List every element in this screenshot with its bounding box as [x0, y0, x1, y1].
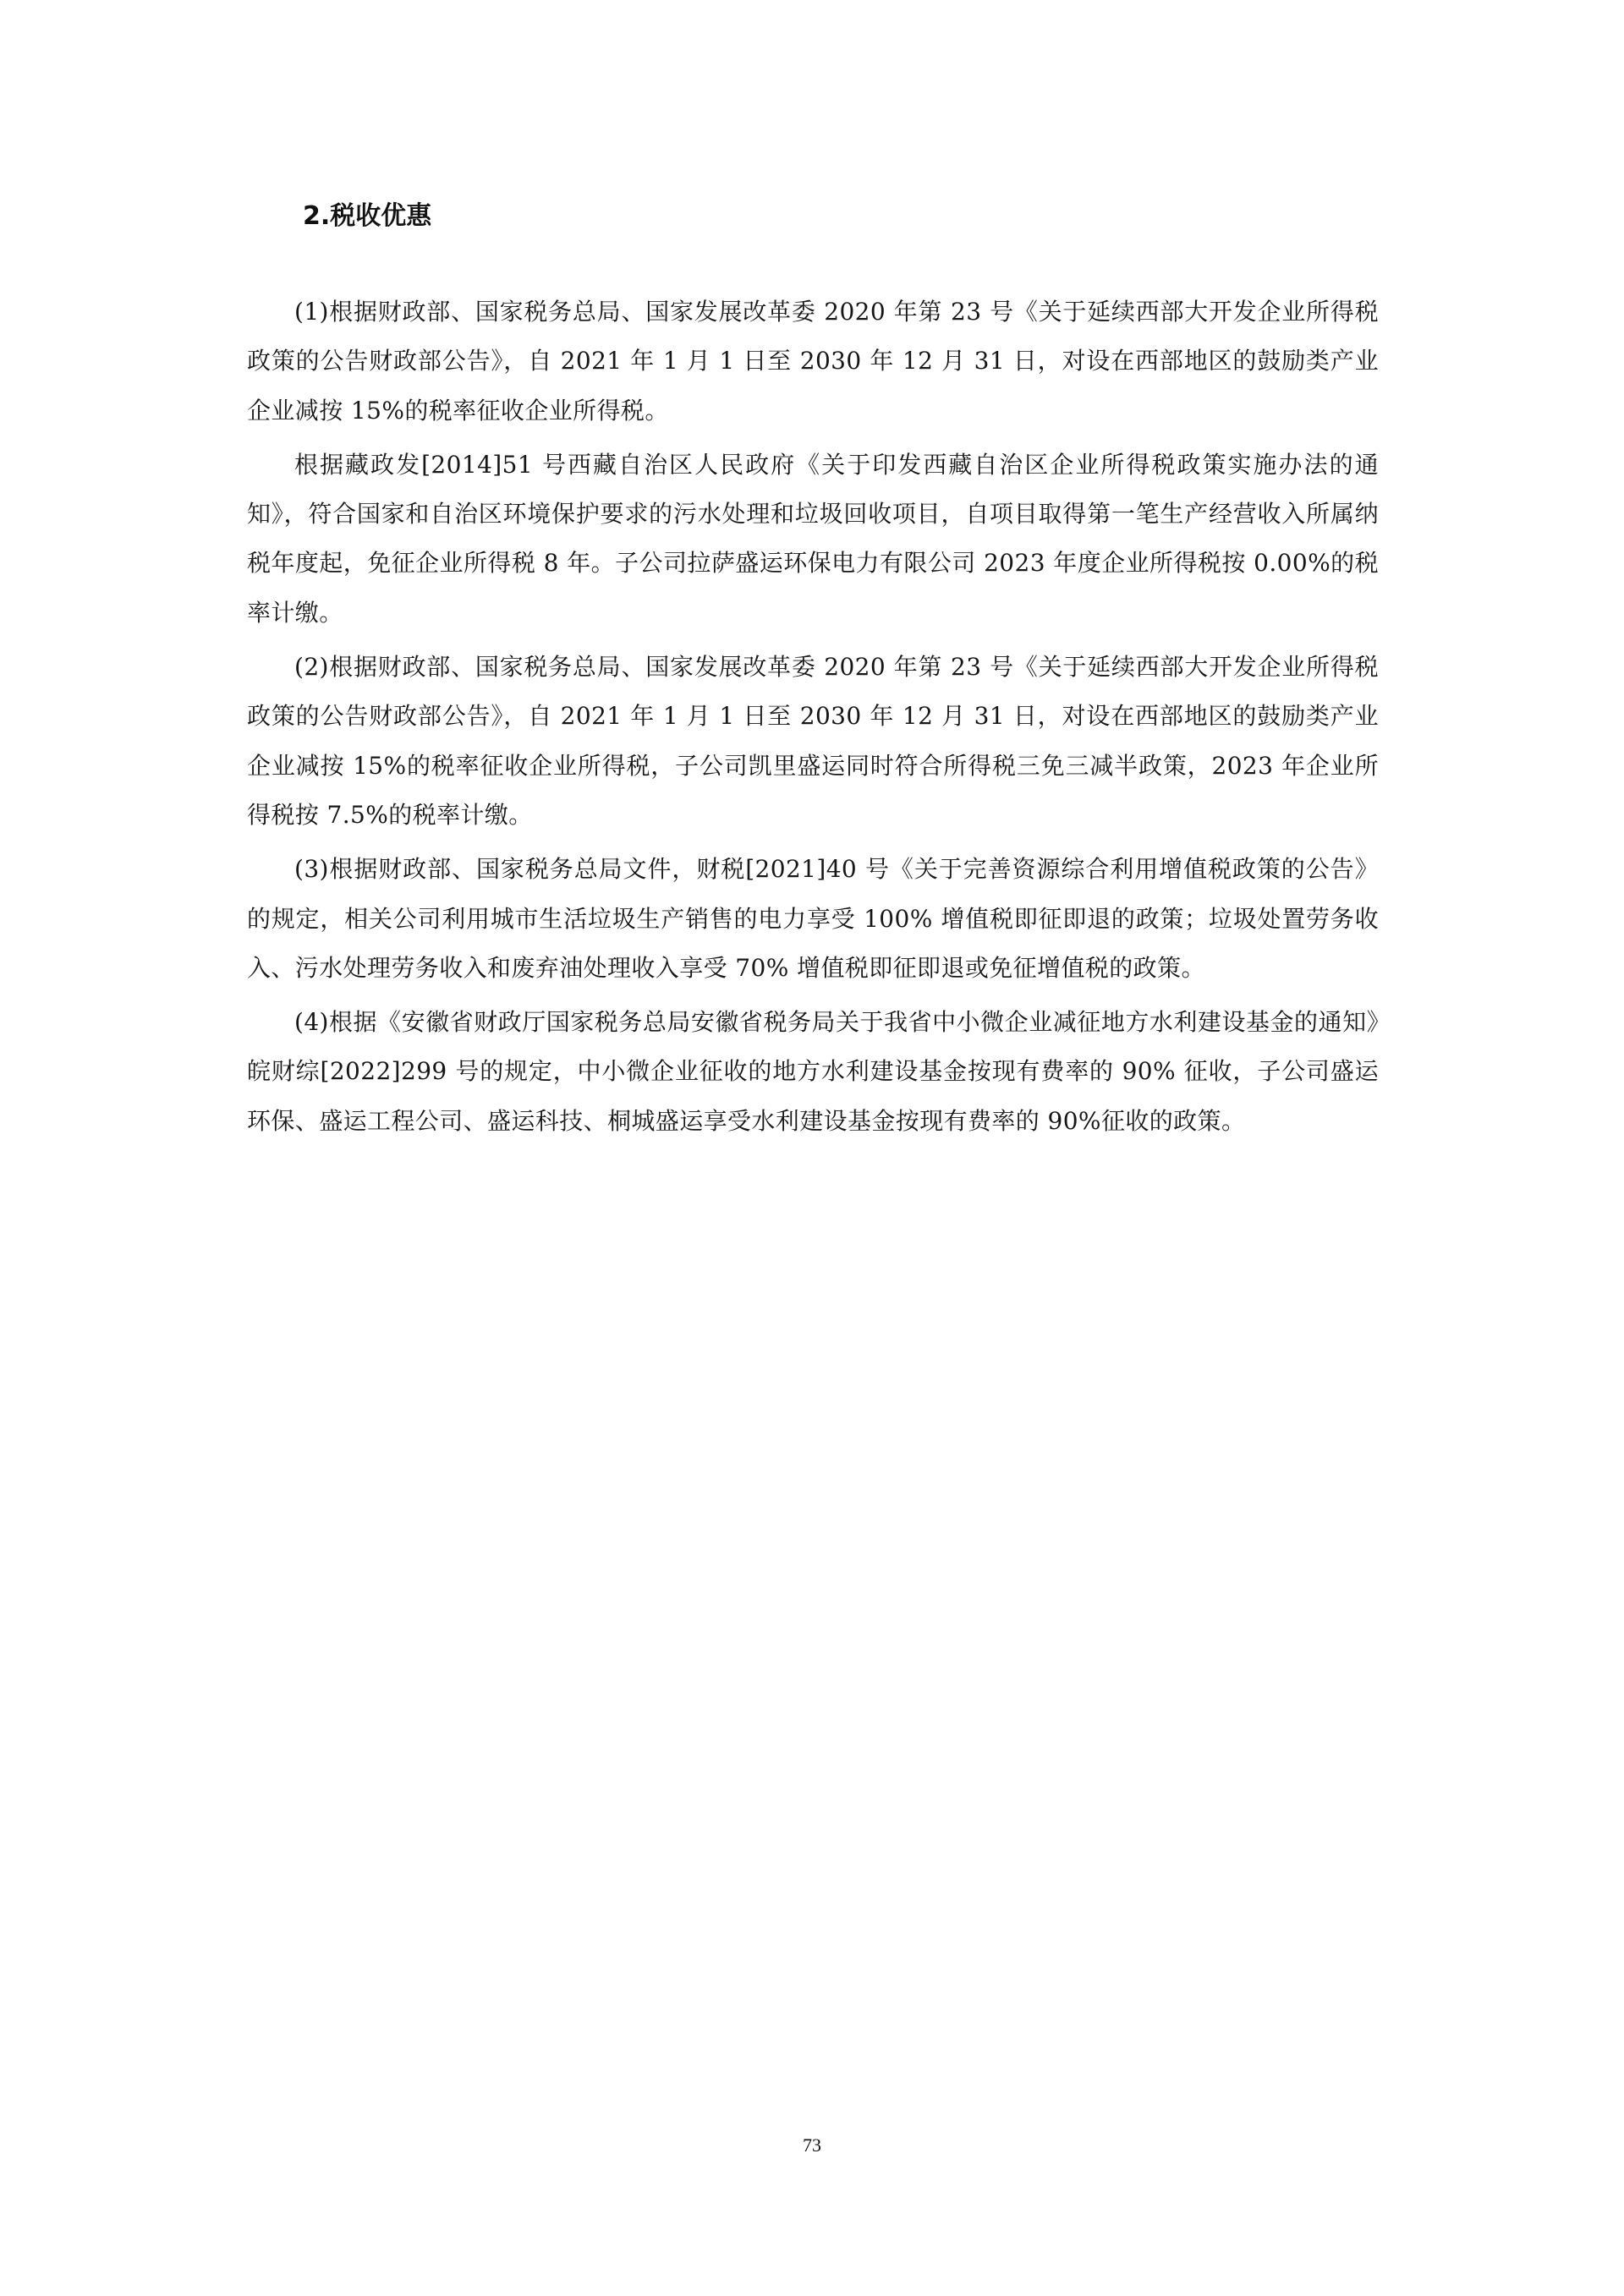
paragraph-5: (4)根据《安徽省财政厅国家税务总局安徽省税务局关于我省中小微企业减征地方水利建… [247, 998, 1379, 1146]
section-heading: 2.税收优惠 [303, 200, 431, 233]
page-number: 73 [0, 2134, 1624, 2156]
document-page: 2.税收优惠 (1)根据财政部、国家税务总局、国家发展改革委 2020 年第 2… [0, 0, 1624, 2296]
paragraph-1: (1)根据财政部、国家税务总局、国家发展改革委 2020 年第 23 号《关于延… [247, 288, 1379, 436]
paragraph-3: (2)根据财政部、国家税务总局、国家发展改革委 2020 年第 23 号《关于延… [247, 643, 1379, 840]
document-body: (1)根据财政部、国家税务总局、国家发展改革委 2020 年第 23 号《关于延… [247, 288, 1379, 1151]
paragraph-2: 根据藏政发[2014]51 号西藏自治区人民政府《关于印发西藏自治区企业所得税政… [247, 441, 1379, 638]
paragraph-4: (3)根据财政部、国家税务总局文件，财税[2021]40 号《关于完善资源综合利… [247, 845, 1379, 993]
